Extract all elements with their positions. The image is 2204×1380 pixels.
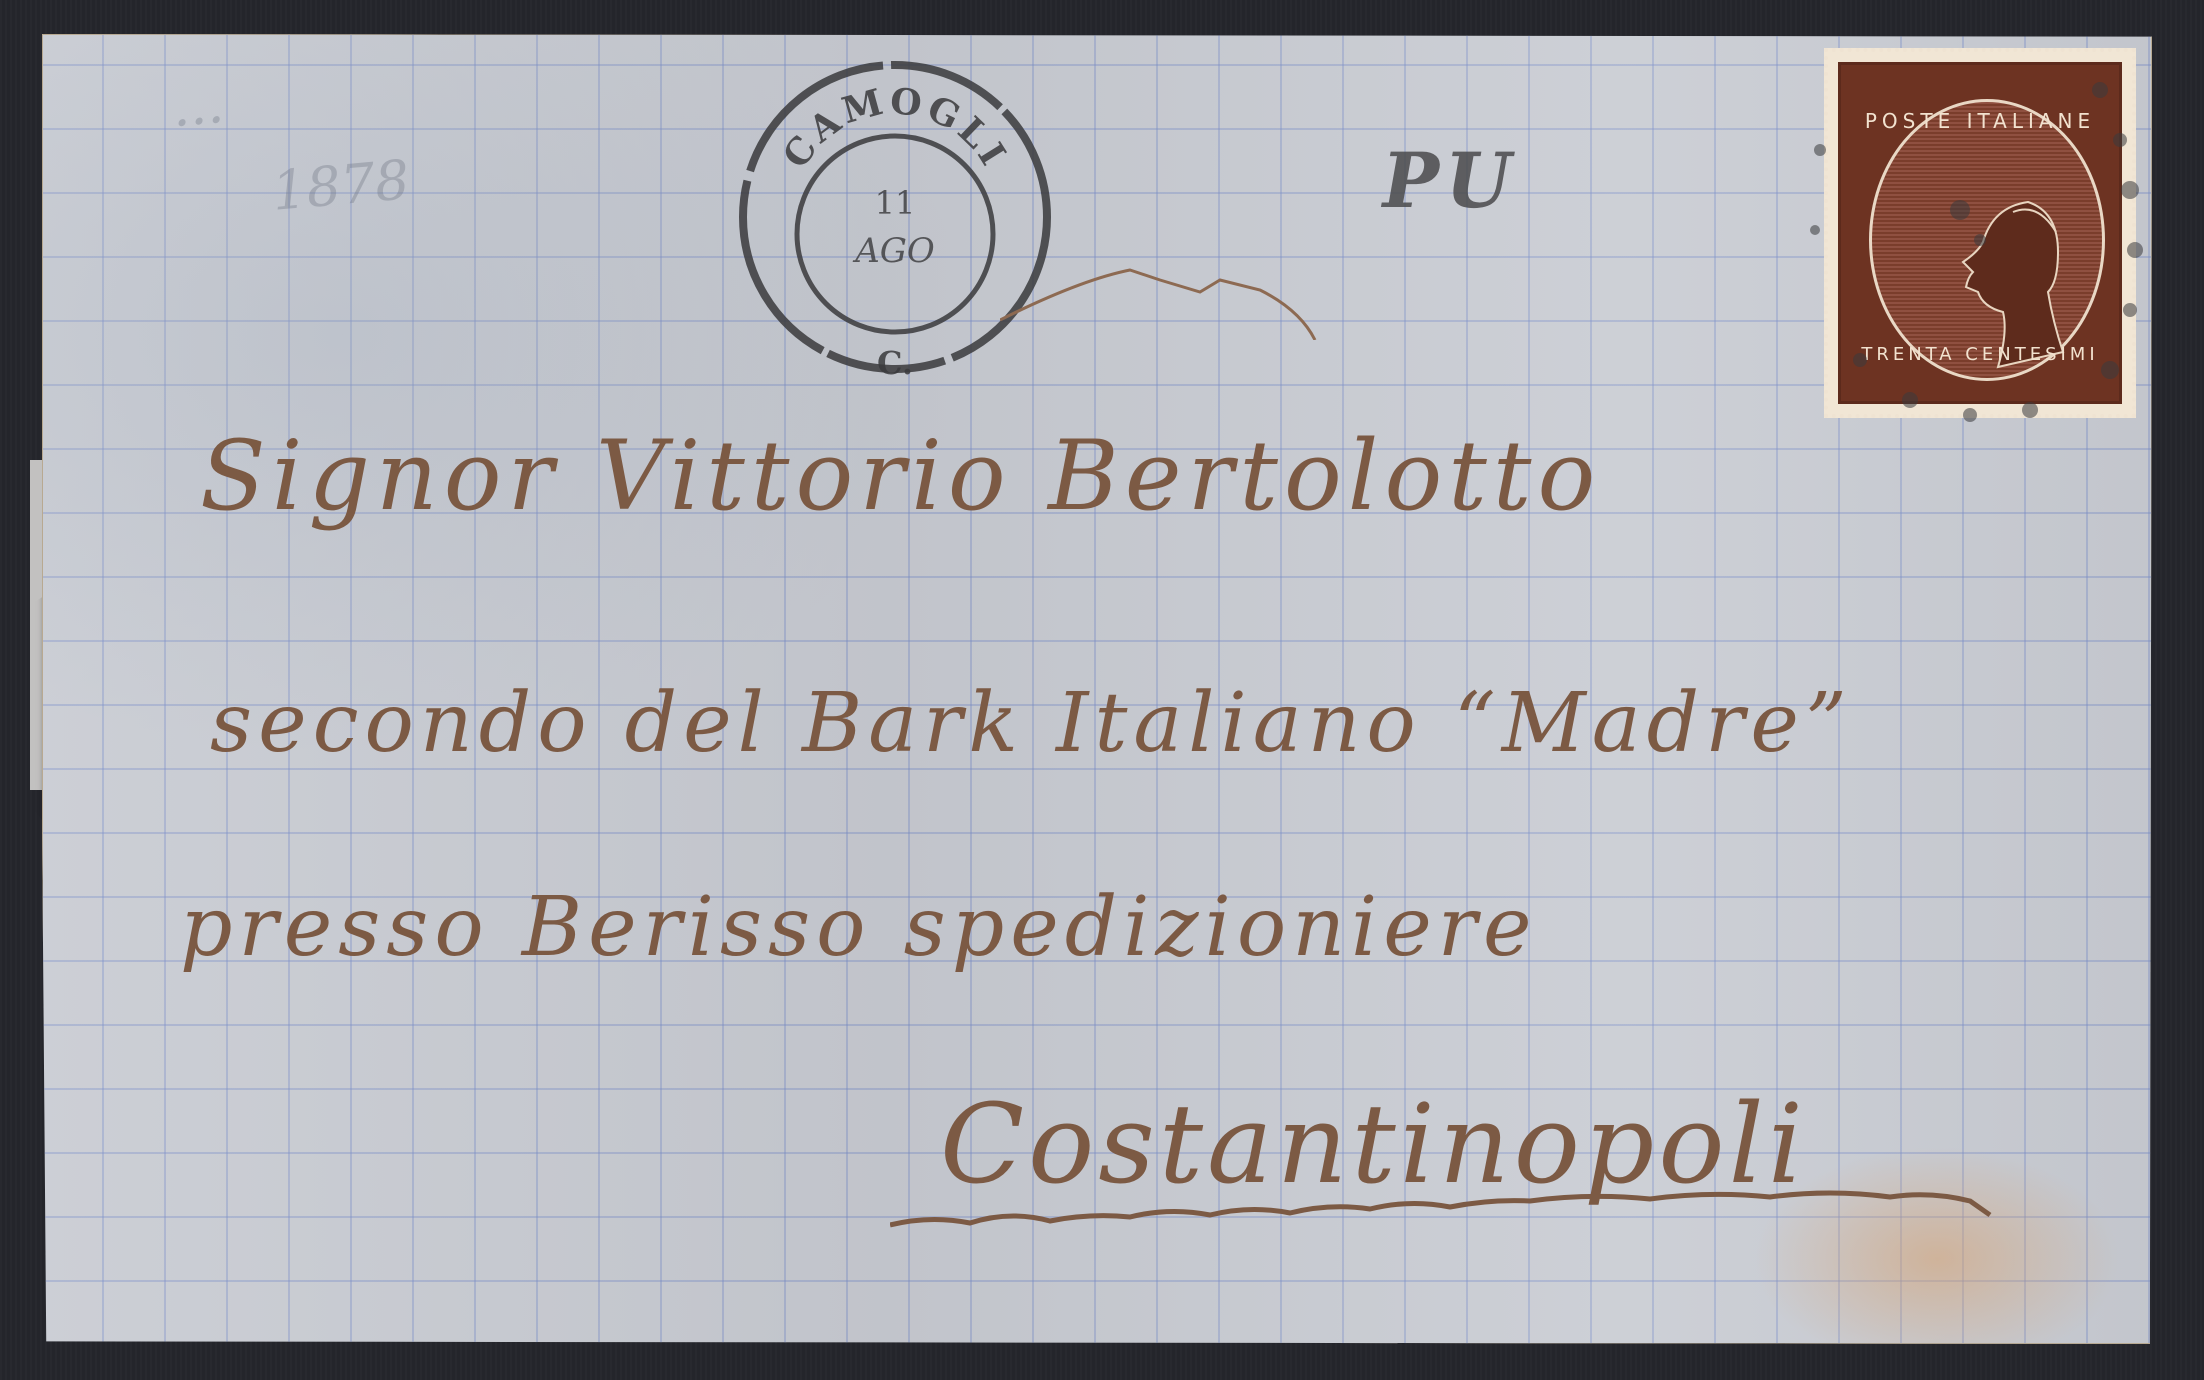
- stamp-top-text: POSTE ITALIANE: [1841, 109, 2119, 133]
- postmark-day: 11: [875, 184, 916, 222]
- city-underline-flourish: [890, 1185, 2040, 1245]
- stamp-portrait-oval: [1869, 99, 2105, 381]
- stamp-bottom-text: TRENTA CENTESIMI: [1841, 344, 2119, 365]
- postage-stamp: POSTE ITALIANE TRENTA CENTESIMI: [1824, 48, 2136, 418]
- postmark-month: AGO: [852, 231, 935, 271]
- address-line-agent: presso Berisso spedizioniere: [180, 880, 1538, 975]
- stamp-frame: POSTE ITALIANE TRENTA CENTESIMI: [1838, 62, 2122, 404]
- faint-pencil-year: 1878: [270, 148, 412, 223]
- paper-tear-stroke: [1000, 220, 1340, 340]
- postmark-letter: C.: [877, 344, 913, 382]
- address-line-ship: secondo del Bark Italiano “Madre”: [210, 676, 1853, 771]
- faint-pencil-note: ...: [169, 72, 226, 139]
- pu-handstamp: PU: [1374, 136, 1525, 225]
- address-line-recipient: Signor Vittorio Bertolotto: [200, 420, 1601, 532]
